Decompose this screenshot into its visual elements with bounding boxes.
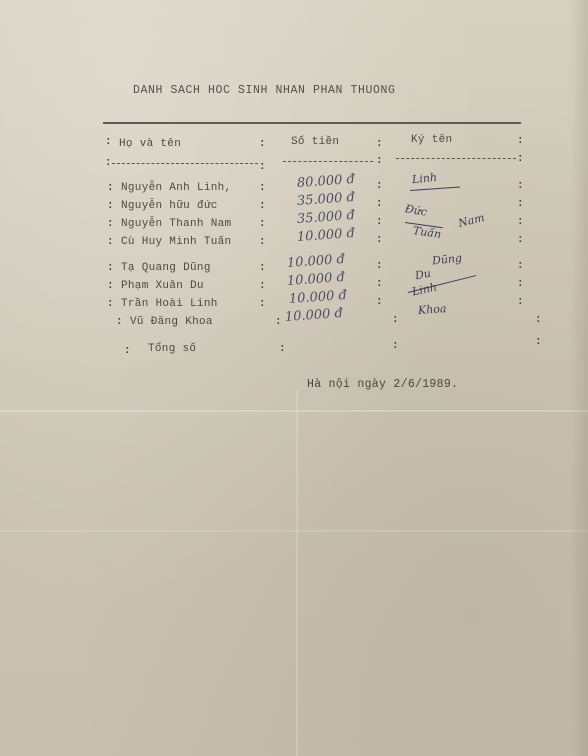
colon-separator: : [124, 345, 131, 357]
colon-separator: : [376, 278, 383, 290]
colon-separator: : [107, 182, 114, 194]
colon-separator: : [376, 260, 383, 272]
colon-separator: : [259, 298, 266, 310]
header-signature: Ký tên [411, 134, 452, 146]
colon-separator: : [376, 234, 383, 246]
colon-separator: : [535, 314, 542, 326]
student-name: Nguyễn hữu đức [121, 200, 218, 212]
paper-background [0, 0, 588, 756]
colon-separator: : [259, 280, 266, 292]
date-line: Hà nội ngày 2/6/1989. [307, 378, 458, 391]
colon-separator: : [376, 198, 383, 210]
header-amount: Số tiền [291, 136, 339, 148]
student-name: Phạm Xuân Du [121, 280, 204, 292]
header-divider-signature [396, 158, 516, 160]
table-top-rule [103, 122, 521, 124]
colon-separator: : [376, 155, 383, 167]
paper-fold-horizontal [0, 410, 588, 412]
colon-separator: : [517, 153, 524, 165]
colon-separator: : [107, 236, 114, 248]
student-name: Cù Huy Minh Tuấn [121, 236, 231, 248]
colon-separator: : [107, 262, 114, 274]
colon-separator: : [105, 136, 112, 148]
header-divider-name [112, 163, 258, 165]
colon-separator: : [376, 180, 383, 192]
colon-separator: : [259, 262, 266, 274]
colon-separator: : [535, 336, 542, 348]
student-name: Trần Hoài Linh [121, 298, 218, 310]
header-divider-amount [283, 161, 373, 163]
colon-separator: : [392, 340, 399, 352]
colon-separator: : [259, 138, 266, 150]
paper-fold-horizontal-lower [0, 530, 588, 532]
colon-separator: : [517, 260, 524, 272]
student-name: Tạ Quang Dũng [121, 262, 211, 274]
colon-separator: : [259, 218, 266, 230]
student-name: Vũ Đăng Khoa [130, 316, 213, 328]
document-title: DANH SACH HOC SINH NHAN PHAN THUONG [133, 84, 396, 97]
colon-separator: : [376, 138, 383, 150]
colon-separator: : [517, 296, 524, 308]
paper-fold-vertical [296, 390, 298, 756]
signature: Du [414, 267, 432, 283]
colon-separator: : [107, 298, 114, 310]
colon-separator: : [517, 135, 524, 147]
colon-separator: : [107, 218, 114, 230]
signature: Linh [411, 171, 437, 187]
header-name: Họ và tên [119, 138, 181, 150]
colon-separator: : [259, 182, 266, 194]
colon-separator: : [517, 234, 524, 246]
colon-separator: : [279, 343, 286, 355]
colon-separator: : [105, 157, 112, 169]
student-name: Nguyễn Thanh Nam [121, 218, 231, 230]
colon-separator: : [259, 200, 266, 212]
signature: Khoa [418, 302, 447, 317]
colon-separator: : [259, 236, 266, 248]
colon-separator: : [517, 180, 524, 192]
colon-separator: : [517, 278, 524, 290]
colon-separator: : [392, 314, 399, 326]
colon-separator: : [107, 280, 114, 292]
colon-separator: : [275, 316, 282, 328]
colon-separator: : [517, 216, 524, 228]
student-name: Nguyễn Anh Linh, [121, 182, 231, 194]
colon-separator: : [517, 198, 524, 210]
colon-separator: : [107, 200, 114, 212]
paper-edge-shadow [570, 0, 588, 756]
total-label: Tổng số [148, 343, 196, 355]
colon-separator: : [376, 296, 383, 308]
colon-separator: : [376, 216, 383, 228]
colon-separator: : [116, 316, 123, 328]
colon-separator: : [259, 161, 266, 173]
